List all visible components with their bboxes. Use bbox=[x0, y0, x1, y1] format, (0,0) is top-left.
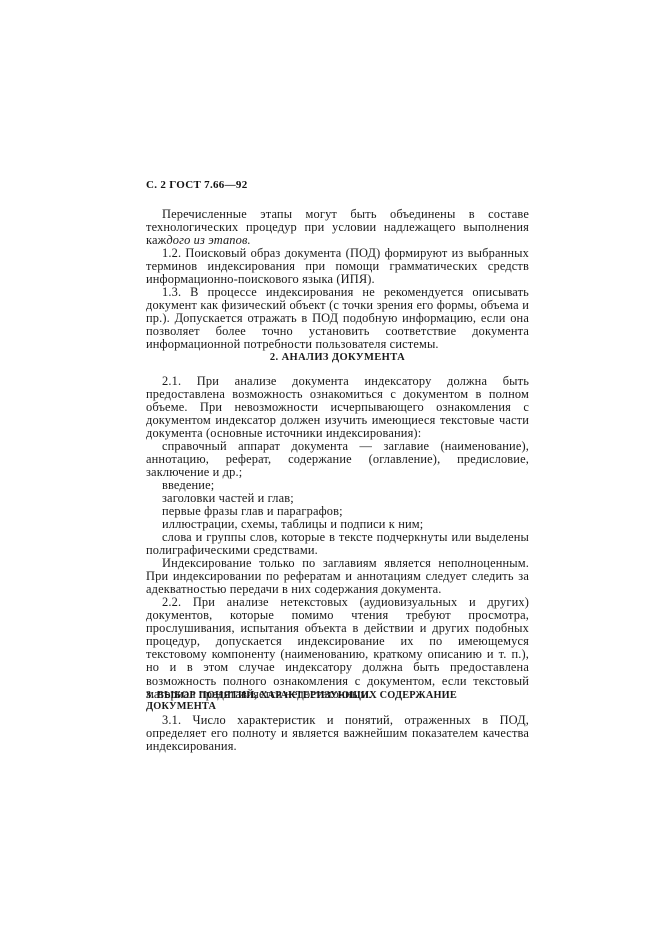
paragraph-titles-only: Индексирование только по заглавиям являе… bbox=[146, 557, 529, 596]
paragraph-3-1: 3.1. Число характеристик и понятий, отра… bbox=[146, 714, 529, 753]
section-2-heading: 2. АНАЛИЗ ДОКУМЕНТА bbox=[146, 352, 529, 363]
section-3-heading: 3. ВЫБОР ПОНЯТИЙ, ХАРАКТЕРИЗУЮЩИХ СОДЕРЖ… bbox=[146, 690, 529, 712]
paragraph-2-1: 2.1. При анализе документа индексатору д… bbox=[146, 375, 529, 440]
paragraph-1-3: 1.3. В процессе индексирования не рекоме… bbox=[146, 286, 529, 351]
paragraph-2-2: 2.2. При анализе нетекстовых (аудиовизуа… bbox=[146, 596, 529, 701]
running-header: С. 2 ГОСТ 7.66—92 bbox=[146, 179, 248, 191]
source-list-item: слова и группы слов, которые в тексте по… bbox=[146, 531, 529, 557]
source-list-item: справочный аппарат документа — заглавие … bbox=[146, 440, 529, 479]
paragraph-1-2: 1.2. Поисковый образ документа (ПОД) фор… bbox=[146, 247, 529, 286]
paragraph-intro: Перечисленные этапы могут быть объединен… bbox=[146, 208, 529, 247]
